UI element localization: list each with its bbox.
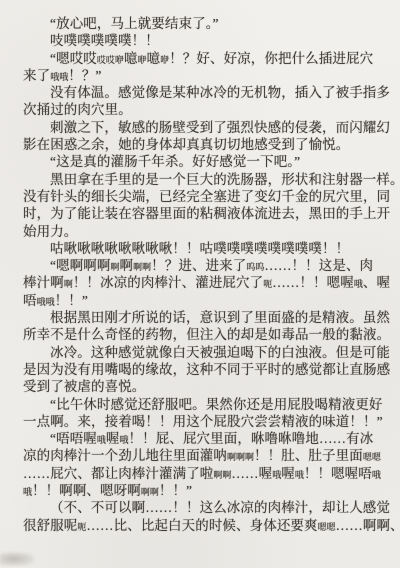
text-segment: 啊 xyxy=(120,258,134,273)
small-text-segment: 啊啊啊 xyxy=(227,452,254,462)
small-text-segment: 哎哎 xyxy=(97,55,115,65)
text-line: “放心吧，马上就要结束了。” xyxy=(23,15,384,32)
small-text-segment: 呃 xyxy=(263,279,272,289)
text-line: 唔哦哦！！” xyxy=(23,292,384,309)
text-line: 次捅过的肉穴里。 xyxy=(23,101,384,118)
text-segment: 来了 xyxy=(23,68,50,83)
text-line: 影在困惑之余，她的身体却真真切切地感受到了愉悦。 xyxy=(23,136,384,153)
text-line: 没有体温。感觉像是某种冰冷的无机物，插入了被手指多 xyxy=(23,84,384,101)
small-text-segment: 哦 xyxy=(272,470,281,480)
text-line: 时，为了能让装在容器里面的粘稠液体流进去，黑田的手上开 xyxy=(23,205,384,222)
text-line: 根据黑田刚才所说的话，意识到了里面盛的是精液。虽然 xyxy=(23,309,384,326)
text-line: 来了哦哦！？” xyxy=(23,67,384,84)
text-line: 很舒服呢呃……比、比起白天的时候、身体还要爽嗯嗯……啊啊、 xyxy=(23,517,384,534)
text-segment: 受到了被虐的喜悦。 xyxy=(23,379,145,394)
text-line: 是因为没有用嘴喝的缘故，这种不同于平时的感觉都让直肠感 xyxy=(23,361,384,378)
text-segment: 冰冷。这种感觉就像白天被强迫喝下的白浊液。但是可能 xyxy=(50,345,390,360)
text-segment: “嗯啊啊啊 xyxy=(50,258,111,273)
text-line: 棒汁啊啊！！冰凉的肉棒汁、灌进屁穴了呃……！！嗯喔哦、喔 xyxy=(23,274,384,291)
text-segment: ！？” xyxy=(68,68,101,83)
text-line: “这是真的灌肠千年杀。好好感觉一下吧。” xyxy=(23,153,384,170)
text-segment: 没有体温。感觉像是某种冰冷的无机物，插入了被手指多 xyxy=(50,85,390,100)
small-text-segment: 啊啊 xyxy=(141,487,159,497)
text-line: “嗯哎哎哎哎咿噫咿噫咿！？好、好凉，你把什么插进屁穴 xyxy=(23,50,384,67)
text-segment: 所幸不是什么奇怪的药物，但注入的却是如毒品一般的黏液。 xyxy=(23,327,390,342)
text-line: 黑田拿在手里的是一个巨大的洗肠器，形状和注射器一样。 xyxy=(23,171,384,188)
text-line: 没有针头的细长尖端，已经完全塞进了变幻千金的尻穴里，同 xyxy=(23,188,384,205)
text-segment: ……屁穴、都让肉棒汁灌满了啦 xyxy=(23,466,213,481)
text-segment: 凉的肉棒汁一个劲儿地往里面灌呐 xyxy=(23,448,227,463)
text-segment: ……！！这是、肉 xyxy=(264,258,373,273)
small-text-segment: 咿 xyxy=(138,55,147,65)
text-line: ……屁穴、都让肉棒汁灌满了啦啊啊……喔哦喔哦！！嗯喔唔哦 xyxy=(23,465,384,482)
text-line: 冰冷。这种感觉就像白天被强迫喝下的白浊液。但是可能 xyxy=(23,344,384,361)
small-text-segment: 哦哦 xyxy=(50,72,68,82)
text-line: 哦！！啊啊、嗯呀啊啊啊！！” xyxy=(23,482,384,499)
text-line: 咕啾啾啾啾啾啾啾啾！！咕噗噗噗噗噗噗噗噗！！ xyxy=(23,240,384,257)
text-segment: ……！！嗯喔 xyxy=(272,275,354,290)
small-text-segment: 呜呜 xyxy=(246,262,264,272)
text-segment: ！！” xyxy=(159,483,192,498)
text-segment: ！？好、好凉，你把什么插进屁穴 xyxy=(169,51,373,66)
text-segment: ！？进、进来了 xyxy=(151,258,246,273)
text-segment: 次捅过的肉穴里。 xyxy=(23,102,132,117)
small-text-segment: 啊 xyxy=(111,262,120,272)
text-segment: ！！嗯喔唔 xyxy=(304,466,372,481)
text-line: 始用力。 xyxy=(23,223,384,240)
text-segment: 棒汁啊 xyxy=(23,275,64,290)
text-segment: （不、不可以啊……！！这么冰凉的肉棒汁，却让人感觉 xyxy=(50,500,390,515)
text-line: “比午休时感觉还舒服吧。果然你还是用屁股喝精液更好 xyxy=(23,396,384,413)
text-segment: “嗯哎哎 xyxy=(50,51,97,66)
text-segment: 一点啊。来，接着喝！！用这个屁股穴尝尝精液的味道！！” xyxy=(23,414,383,429)
text-segment: ！！肚、肚子里面 xyxy=(254,448,363,463)
text-segment: 影在困惑之余，她的身体却真真切切地感受到了愉悦。 xyxy=(23,137,349,152)
text-line: 凉的肉棒汁一个劲儿地往里面灌呐啊啊啊！！肚、肚子里面嗯嗯 xyxy=(23,447,384,464)
text-line: “唔唔喔哦喔哦！！屁、屁穴里面，咻噜咻噜地……有冰 xyxy=(23,430,384,447)
text-segment: 喔 xyxy=(281,466,295,481)
text-segment: “放心吧，马上就要结束了。” xyxy=(50,16,219,31)
text-segment: “唔唔喔 xyxy=(50,431,97,446)
text-segment: 始用力。 xyxy=(23,224,77,239)
small-text-segment: 咿 xyxy=(160,55,169,65)
text-line: 受到了被虐的喜悦。 xyxy=(23,378,384,395)
scanned-book-page: “放心吧，马上就要结束了。”吱噗噗噗噗噗！！“嗯哎哎哎哎咿噫咿噫咿！？好、好凉，… xyxy=(0,0,400,568)
scan-smudge xyxy=(0,552,34,566)
small-text-segment: 啊啊 xyxy=(133,262,151,272)
text-line: 刺激之下，敏感的肠壁受到了强烈快感的侵袭，而闪耀幻 xyxy=(23,119,384,136)
small-text-segment: 嗯嗯 xyxy=(318,522,336,532)
text-segment: ！！屁、屁穴里面，咻噜咻噜地……有冰 xyxy=(129,431,374,446)
text-segment: 没有针头的细长尖端，已经完全塞进了变幻千金的尻穴里，同 xyxy=(23,189,390,204)
text-segment: 黑田拿在手里的是一个巨大的洗肠器，形状和注射器一样。 xyxy=(50,172,400,187)
text-segment: 唔 xyxy=(23,293,37,308)
small-text-segment: 哦 xyxy=(120,435,129,445)
text-segment: 噫 xyxy=(124,51,138,66)
text-segment: 是因为没有用嘴喝的缘故，这种不同于平时的感觉都让直肠感 xyxy=(23,362,390,377)
text-segment: ！！冰凉的肉棒汁、灌进屁穴了 xyxy=(73,275,263,290)
text-segment: ……喔 xyxy=(231,466,272,481)
text-segment: 吱噗噗噗噗噗！！ xyxy=(50,33,159,48)
text-segment: 咕啾啾啾啾啾啾啾啾！！咕噗噗噗噗噗噗噗噗！！ xyxy=(50,241,349,256)
text-line: 一点啊。来，接着喝！！用这个屁股穴尝尝精液的味道！！” xyxy=(23,413,384,430)
text-segment: “这是真的灌肠千年杀。好好感觉一下吧。” xyxy=(50,154,300,169)
text-segment: 很舒服呢 xyxy=(23,518,77,533)
text-segment: 刺激之下，敏感的肠壁受到了强烈快感的侵袭，而闪耀幻 xyxy=(50,120,390,135)
text-segment: ……比、比起白天的时候、身体还要爽 xyxy=(86,518,317,533)
small-text-segment: 哦 xyxy=(295,470,304,480)
small-text-segment: 哦哦 xyxy=(37,297,55,307)
text-segment: 根据黑田刚才所说的话，意识到了里面盛的是精液。虽然 xyxy=(50,310,390,325)
small-text-segment: 哦 xyxy=(97,435,106,445)
text-line: “嗯啊啊啊啊啊啊啊！？进、进来了呜呜……！！这是、肉 xyxy=(23,257,384,274)
small-text-segment: 哦 xyxy=(23,487,32,497)
small-text-segment: 嗯嗯 xyxy=(363,452,381,462)
text-line: （不、不可以啊……！！这么冰凉的肉棒汁，却让人感觉 xyxy=(23,499,384,516)
small-text-segment: 啊 xyxy=(64,279,73,289)
small-text-segment: 咿 xyxy=(115,55,124,65)
text-segment: ……啊啊、 xyxy=(336,518,400,533)
body-text: “放心吧，马上就要结束了。”吱噗噗噗噗噗！！“嗯哎哎哎哎咿噫咿噫咿！？好、好凉，… xyxy=(23,15,384,534)
text-segment: 时，为了能让装在容器里面的粘稠液体流进去，黑田的手上开 xyxy=(23,206,390,221)
small-text-segment: 哦 xyxy=(354,279,363,289)
text-line: 所幸不是什么奇怪的药物，但注入的却是如毒品一般的黏液。 xyxy=(23,326,384,343)
text-segment: ！！啊啊、嗯呀啊 xyxy=(32,483,141,498)
text-segment: 喔 xyxy=(106,431,120,446)
text-line: 吱噗噗噗噗噗！！ xyxy=(23,32,384,49)
text-segment: 、喔 xyxy=(363,275,390,290)
text-segment: 噫 xyxy=(147,51,161,66)
small-text-segment: 哦 xyxy=(372,470,381,480)
text-segment: “比午休时感觉还舒服吧。果然你还是用屁股喝精液更好 xyxy=(50,397,383,412)
text-segment: ！！” xyxy=(55,293,88,308)
small-text-segment: 啊啊 xyxy=(213,470,231,480)
